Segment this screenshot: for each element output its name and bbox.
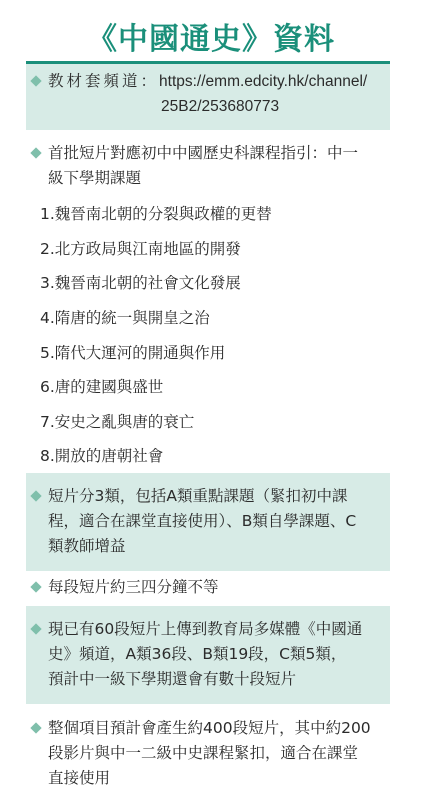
topic-item: 3.魏晉南北朝的社會文化發展 [40,272,241,294]
page-title: 《中國通史》資料 [0,14,422,58]
diamond-bullet-icon [30,581,41,592]
diamond-bullet-icon [30,75,41,86]
topic-item: 5.隋代大運河的開通與作用 [40,342,225,364]
channel-row: 教材套頻道：https://emm.edcity.hk/channel/ 25B… [32,69,386,119]
note-line: 段影片與中一二級中史課程緊扣，適合在課堂 [48,744,358,762]
topic-item: 8.開放的唐朝社會 [40,445,163,467]
channel-label: 教材套頻道： [48,72,159,90]
note-line: 程，適合在課堂直接使用）、B類自學課題、C [48,512,356,530]
diamond-bullet-icon [30,490,41,501]
topic-item: 4.隋唐的統一與開皇之治 [40,307,210,329]
note-categories: 短片分3類，包括A類重點課題（緊扣初中課 程，適合在課堂直接使用）、B類自學課題… [32,484,386,559]
first-batch-heading: 首批短片對應初中中國歷史科課程指引：中一 級下學期課題 [32,141,386,191]
note-line: 預計中一級下學期還會有數十段短片 [48,670,296,688]
note-line: 史》頻道，A類36段、B類19段，C類5類， [48,645,346,663]
note-duration: 每段短片約三四分鐘不等 [32,575,386,600]
topic-item: 6.唐的建國與盛世 [40,376,163,398]
channel-url-link-cont[interactable]: 25B2/253680773 [161,98,279,115]
topic-item: 2.北方政局與江南地區的開發 [40,238,241,260]
note-line: 現已有60段短片上傳到教育局多媒體《中國通 [48,620,362,638]
note-uploaded: 現已有60段短片上傳到教育局多媒體《中國通 史》頻道，A類36段、B類19段，C… [32,617,386,692]
note-project-total: 整個項目預計會產生約400段短片，其中約200 段影片與中一二級中史課程緊扣，適… [32,716,386,791]
topic-item: 1.魏晉南北朝的分裂與政權的更替 [40,203,272,225]
note-line: 直接使用 [48,769,110,787]
first-batch-heading-line2: 級下學期課題 [48,169,141,187]
channel-url-link[interactable]: https://emm.edcity.hk/channel/ [159,73,367,90]
first-batch-heading-line1: 首批短片對應初中中國歷史科課程指引：中一 [48,144,358,162]
topic-item: 7.安史之亂與唐的衰亡 [40,411,194,433]
note-line: 類教師增益 [48,537,126,555]
diamond-bullet-icon [30,722,41,733]
note-line: 每段短片約三四分鐘不等 [48,575,386,600]
diamond-bullet-icon [30,623,41,634]
note-line: 短片分3類，包括A類重點課題（緊扣初中課 [48,487,347,505]
note-line: 整個項目預計會產生約400段短片，其中約200 [48,719,371,737]
diamond-bullet-icon [30,147,41,158]
